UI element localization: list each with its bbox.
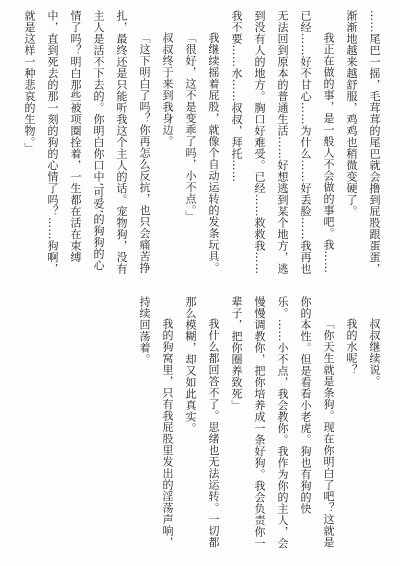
paragraph: 「这下明白了吗？你再怎么反抗，也只会痛苦挣扎，最终还是只能听我这个主人的话。宠物… <box>18 10 156 282</box>
paragraph: 我继续摇着屁股，就像个自动运转的发条玩具。 <box>202 10 225 282</box>
paragraph: 我什么都回答不了。思绪也无法运转。一切都那么模糊，却又如此真实。 <box>179 296 225 558</box>
paragraph: 我正在做的事，是一般人不会做的事吧。我……已经……好不甘心……为什么……好丢脸…… <box>225 10 340 282</box>
paragraph: 叔叔继续说。 <box>363 296 386 558</box>
book-page: ……尾巴一摇，毛茸茸的尾巴就会撸到屁股跟蛋蛋，渐渐地越来越舒服，鸡鸡也稍微变硬了… <box>0 0 400 566</box>
paragraph: 我的水呢？ <box>340 296 363 558</box>
paragraph: 我的狗窝里，只有我屁股里发出的淫荡声响，持续回荡着。 <box>133 296 179 558</box>
top-text-block: ……尾巴一摇，毛茸茸的尾巴就会撸到屁股跟蛋蛋，渐渐地越来越舒服，鸡鸡也稍微变硬了… <box>14 10 386 282</box>
paragraph: 叔叔终于来到我身边。 <box>156 10 179 282</box>
paragraph: 「你天生就是条狗。现在你明白了吧？这就是你的本性。但是看看小老虎。狗也有狗的快乐… <box>225 296 340 558</box>
bottom-text-block: 叔叔继续说。 我的水呢？ 「你天生就是条狗。现在你明白了吧？这就是你的本性。但是… <box>14 296 386 558</box>
paragraph: 「很好，这不是变乖了吗，小不点。」 <box>179 10 202 282</box>
paragraph: ……尾巴一摇，毛茸茸的尾巴就会撸到屁股跟蛋蛋，渐渐地越来越舒服，鸡鸡也稍微变硬了… <box>340 10 386 282</box>
